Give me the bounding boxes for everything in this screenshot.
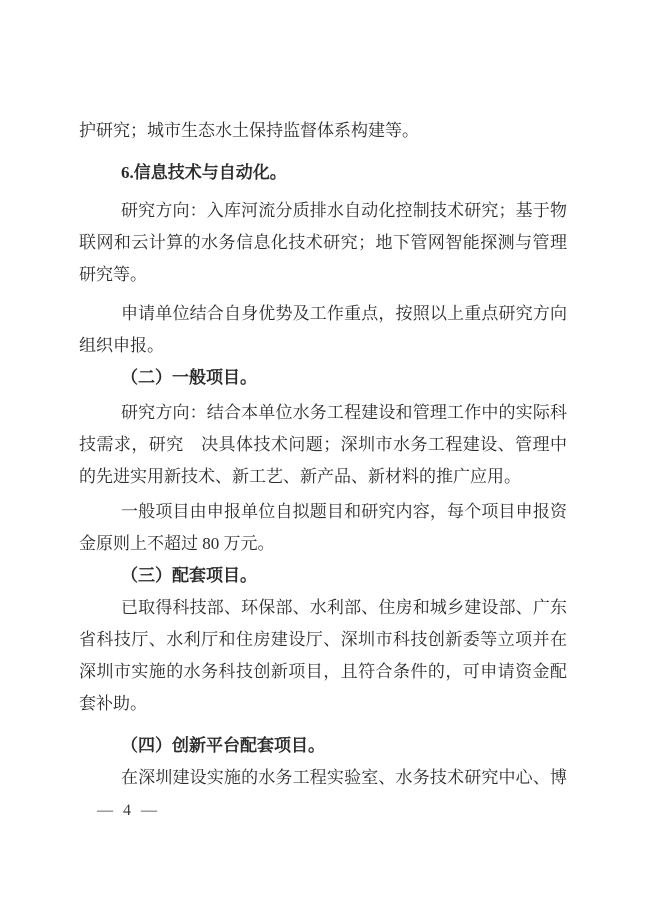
section-heading: （四）创新平台配套项目。 xyxy=(79,730,567,762)
text-line: 护研究；城市生态水土保持监督体系构建等。 xyxy=(79,115,567,147)
text-line: 的先进实用新技术、新工艺、新产品、新材料的推广应用。 xyxy=(79,461,567,493)
section-heading: （二）一般项目。 xyxy=(79,362,567,394)
text-line: 研究方向：结合本单位水务工程建设和管理工作中的实际科 xyxy=(79,397,567,429)
text-line: 一般项目由申报单位自拟题目和研究内容，每个项目申报资 xyxy=(79,496,567,528)
text-line: 组织申报。 xyxy=(79,330,567,362)
text-line: 深圳市实施的水务科技创新项目，且符合条件的，可申请资金配 xyxy=(79,656,567,688)
page-number: — 4 — xyxy=(97,802,160,820)
section-heading: 6.信息技术与自动化。 xyxy=(79,157,567,189)
text-line: 金原则上不超过 80 万元。 xyxy=(79,528,567,560)
text-line: 省科技厅、水利厅和住房建设厅、深圳市科技创新委等立项并在 xyxy=(79,624,567,656)
text-line: 研究方向：入库河流分质排水自动化控制技术研究；基于物 xyxy=(79,195,567,227)
text-line: 技需求，研究 决具体技术问题；深圳市水务工程建设、管理中 xyxy=(79,429,567,461)
section-heading: （三）配套项目。 xyxy=(79,560,567,592)
document-page: 护研究；城市生态水土保持监督体系构建等。 6.信息技术与自动化。 研究方向：入库… xyxy=(0,0,650,919)
text-line: 联网和云计算的水务信息化技术研究；地下管网智能探测与管理 xyxy=(79,227,567,259)
text-line: 套补助。 xyxy=(79,688,567,720)
text-line: 申请单位结合自身优势及工作重点，按照以上重点研究方向 xyxy=(79,298,567,330)
document-body: 护研究；城市生态水土保持监督体系构建等。 6.信息技术与自动化。 研究方向：入库… xyxy=(79,115,567,794)
text-line: 在深圳建设实施的水务工程实验室、水务技术研究中心、博 xyxy=(79,762,567,794)
text-line: 已取得科技部、环保部、水利部、住房和城乡建设部、广东 xyxy=(79,592,567,624)
text-line: 研究等。 xyxy=(79,259,567,291)
